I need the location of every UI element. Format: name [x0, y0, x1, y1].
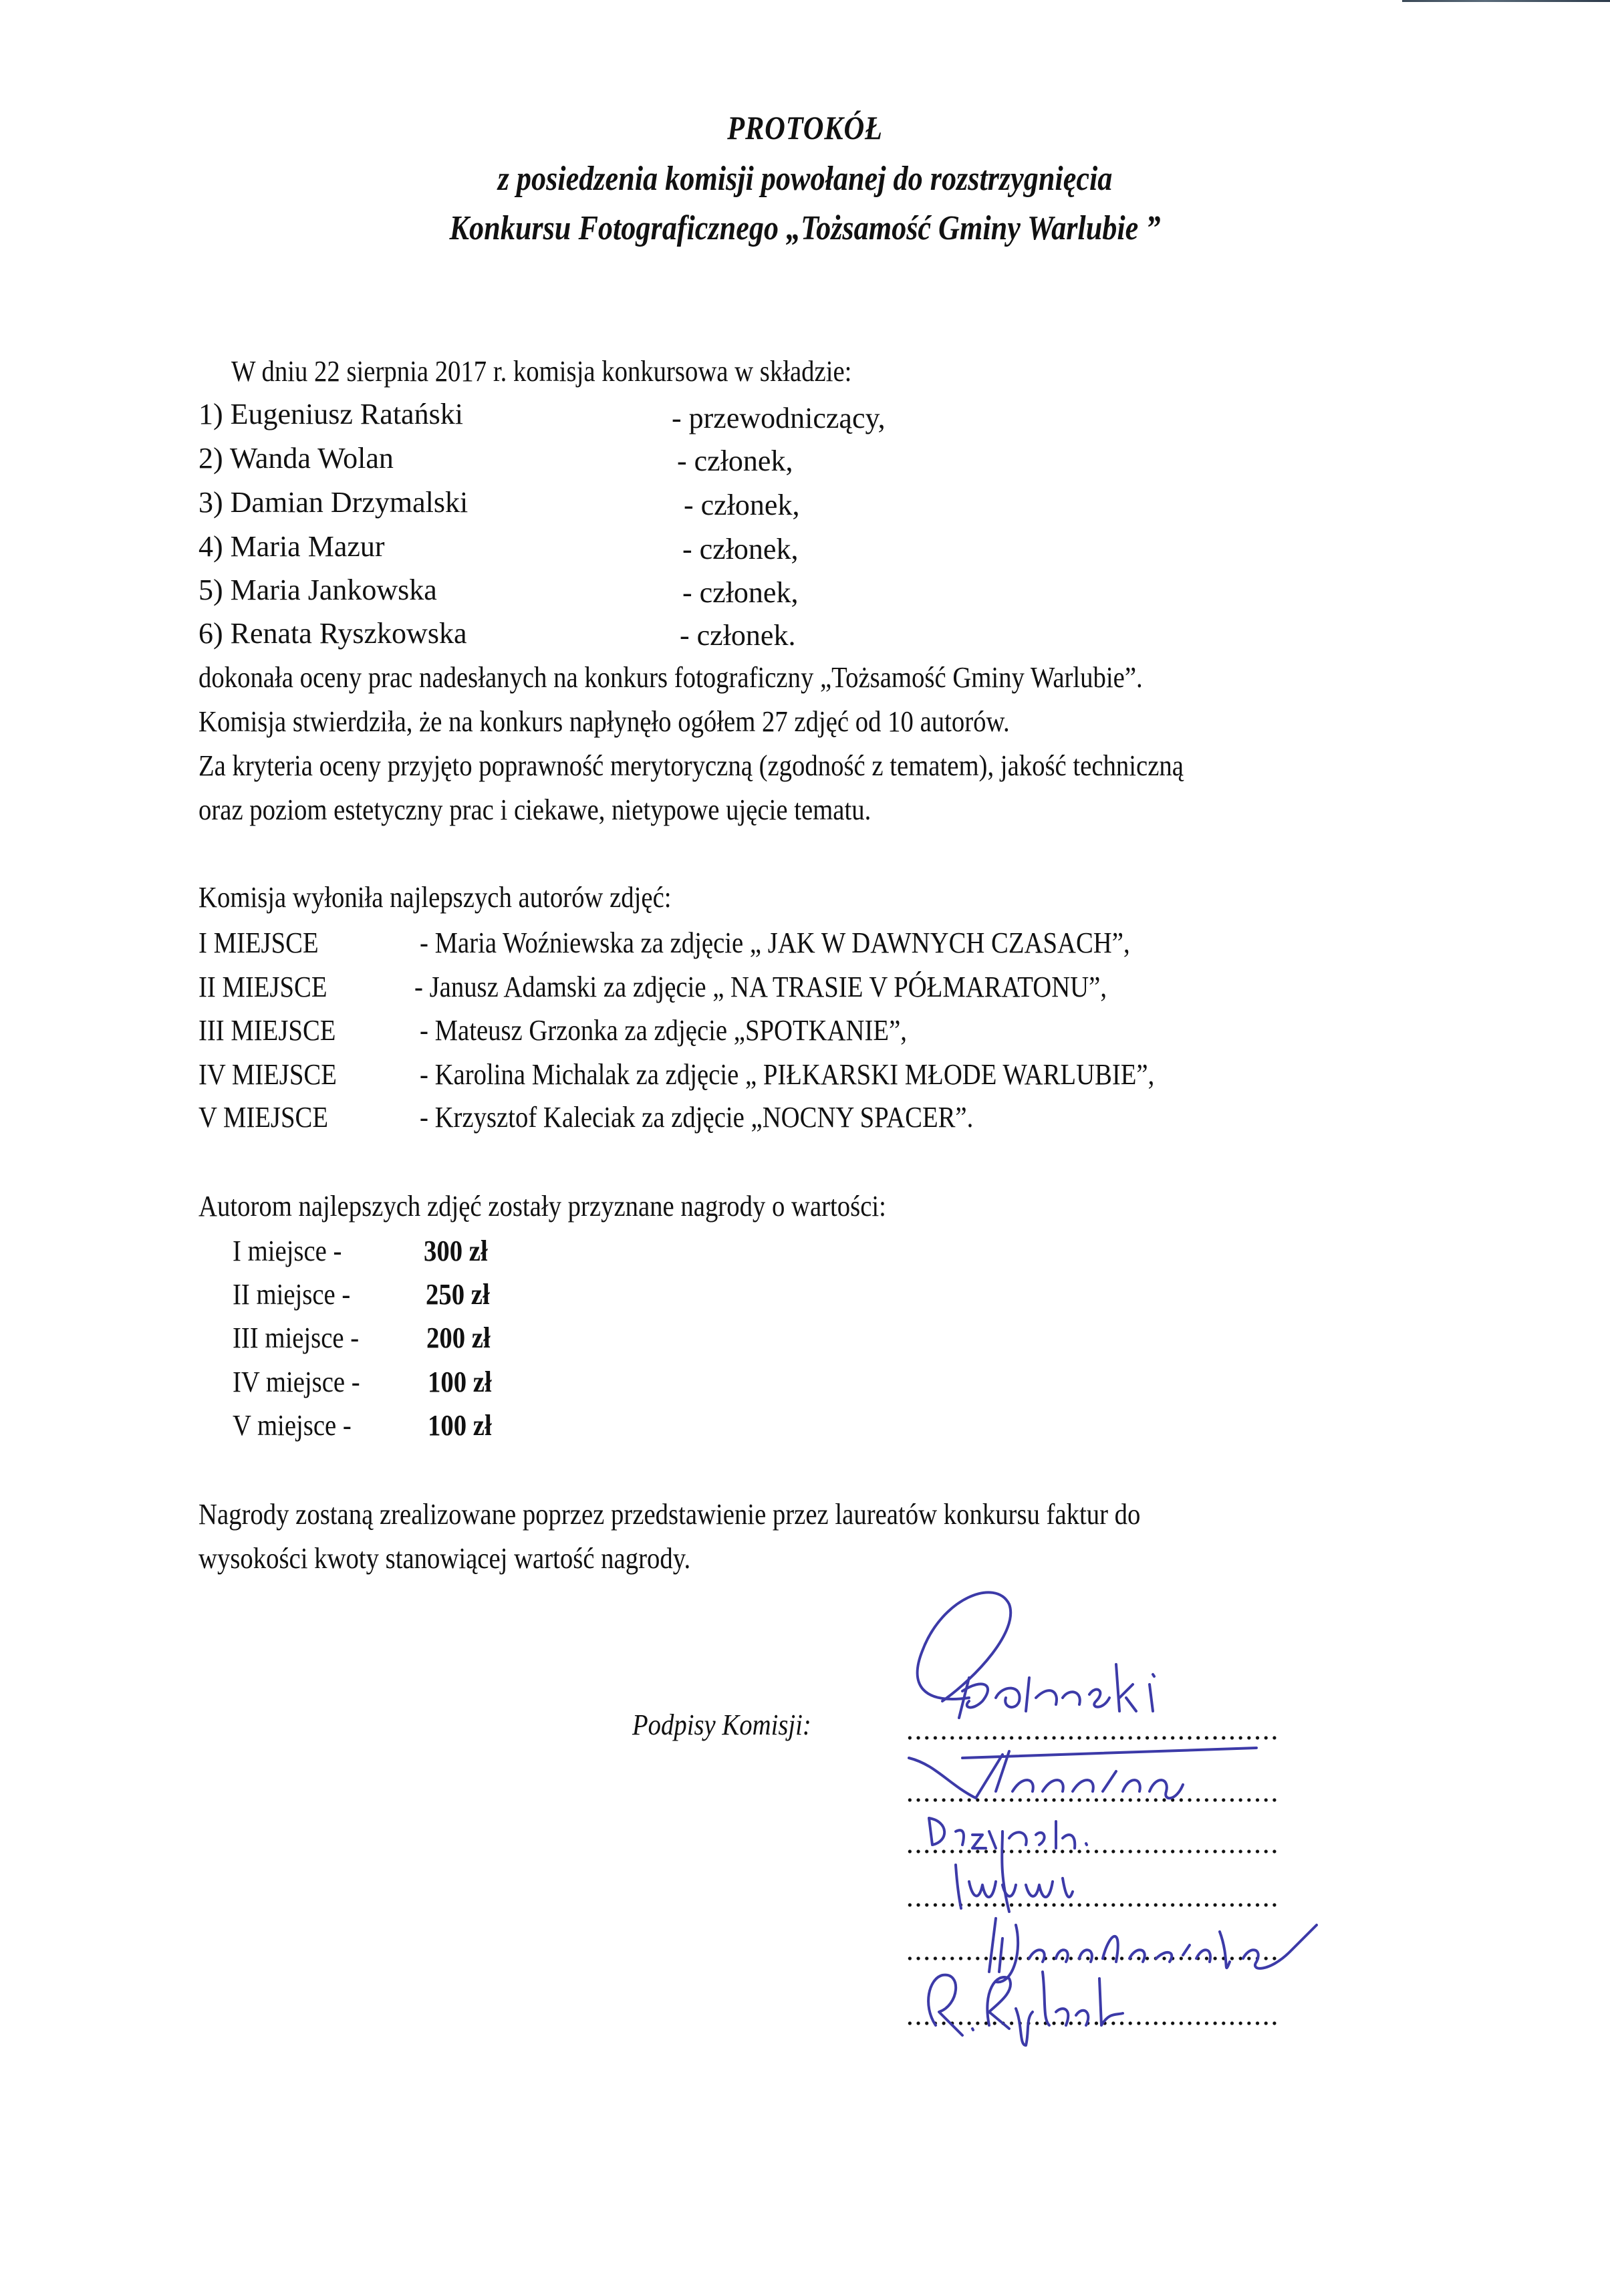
winner-place: III MIEJSCE	[198, 1013, 354, 1047]
winner-entry: - Mateusz Grzonka za zdjęcie „SPOTKANIE”…	[420, 1013, 973, 1047]
protocol-page: PROTOKÓŁ z posiedzenia komisji powołanej…	[0, 0, 1610, 2296]
signature-ratanski	[896, 1584, 1243, 1741]
committee-member-role: - członek.	[680, 618, 795, 652]
prize-place: II miejsce -	[233, 1277, 366, 1311]
committee-member-name: 6) Renata Ryszkowska	[198, 616, 466, 650]
prize-place: I miejsce -	[233, 1234, 357, 1268]
prize-amount: 200 zł	[426, 1321, 499, 1355]
document-title: PROTOKÓŁ	[121, 108, 1490, 147]
committee-member-role: - przewodniczący,	[672, 401, 886, 435]
intro-text: W dniu 22 sierpnia 2017 r. komisja konku…	[231, 357, 936, 386]
committee-member-name: 2) Wanda Wolan	[198, 441, 394, 475]
winner-place: IV MIEJSCE	[198, 1057, 356, 1092]
signature-ryszkowska	[909, 1952, 1150, 2055]
committee-member-name: 5) Maria Jankowska	[198, 573, 437, 607]
prize-place: V miejsce -	[233, 1408, 368, 1442]
prizes-heading: Autorom najlepszych zdjęć zostały przyzn…	[198, 1192, 980, 1221]
committee-member-role: - członek,	[682, 532, 798, 566]
winner-place: II MIEJSCE	[198, 970, 345, 1004]
winner-entry: - Maria Woźniewska za zdjęcie „ JAK W DA…	[420, 926, 1227, 960]
prize-amount: 100 zł	[428, 1365, 501, 1399]
prize-amount: 250 zł	[426, 1277, 499, 1311]
closing-line: wysokości kwoty stanowiącej wartość nagr…	[198, 1544, 758, 1573]
prize-amount: 100 zł	[428, 1408, 501, 1442]
signatures-label: Podpisy Komisji:	[632, 1708, 835, 1742]
prize-place: IV miejsce -	[233, 1365, 378, 1399]
document-subtitle-line1: z posiedzenia komisji powołanej do rozst…	[121, 159, 1490, 199]
winner-entry: - Karolina Michalak za zdjęcie „ PIŁKARS…	[420, 1057, 1254, 1092]
winner-place: I MIEJSCE	[198, 926, 335, 960]
committee-member-role: - członek,	[677, 444, 793, 478]
document-subtitle-line2: Konkursu Fotograficznego „Tożsamość Gmin…	[121, 209, 1490, 248]
winner-place: V MIEJSCE	[198, 1100, 346, 1134]
winner-entry: - Krzysztof Kaleciak za zdjęcie „NOCNY S…	[420, 1100, 1049, 1134]
closing-line: Nagrody zostaną zrealizowane poprzez prz…	[198, 1500, 1269, 1529]
committee-member-name: 4) Maria Mazur	[198, 529, 385, 563]
prize-amount: 300 zł	[424, 1234, 497, 1268]
winner-entry: - Janusz Adamski za zdjęcie „ NA TRASIE …	[414, 970, 1201, 1004]
committee-member-role: - członek,	[682, 576, 798, 610]
prize-place: III miejsce -	[233, 1321, 376, 1355]
winners-heading: Komisja wyłoniła najlepszych autorów zdj…	[198, 883, 736, 912]
committee-member-name: 3) Damian Drzymalski	[198, 485, 468, 519]
committee-member-role: - członek,	[684, 488, 799, 522]
paragraph-line: oraz poziom estetyczny prac i ciekawe, n…	[198, 795, 962, 825]
committee-member-name: 1) Eugeniusz Ratański	[198, 397, 463, 431]
scan-edge	[1402, 0, 1610, 2]
paragraph-line: Za kryteria oceny przyjęto poprawność me…	[198, 751, 1318, 781]
paragraph-line: Komisja stwierdziła, że na konkurs napły…	[198, 707, 1120, 737]
paragraph-line: dokonała oceny prac nadesłanych na konku…	[198, 663, 1271, 692]
